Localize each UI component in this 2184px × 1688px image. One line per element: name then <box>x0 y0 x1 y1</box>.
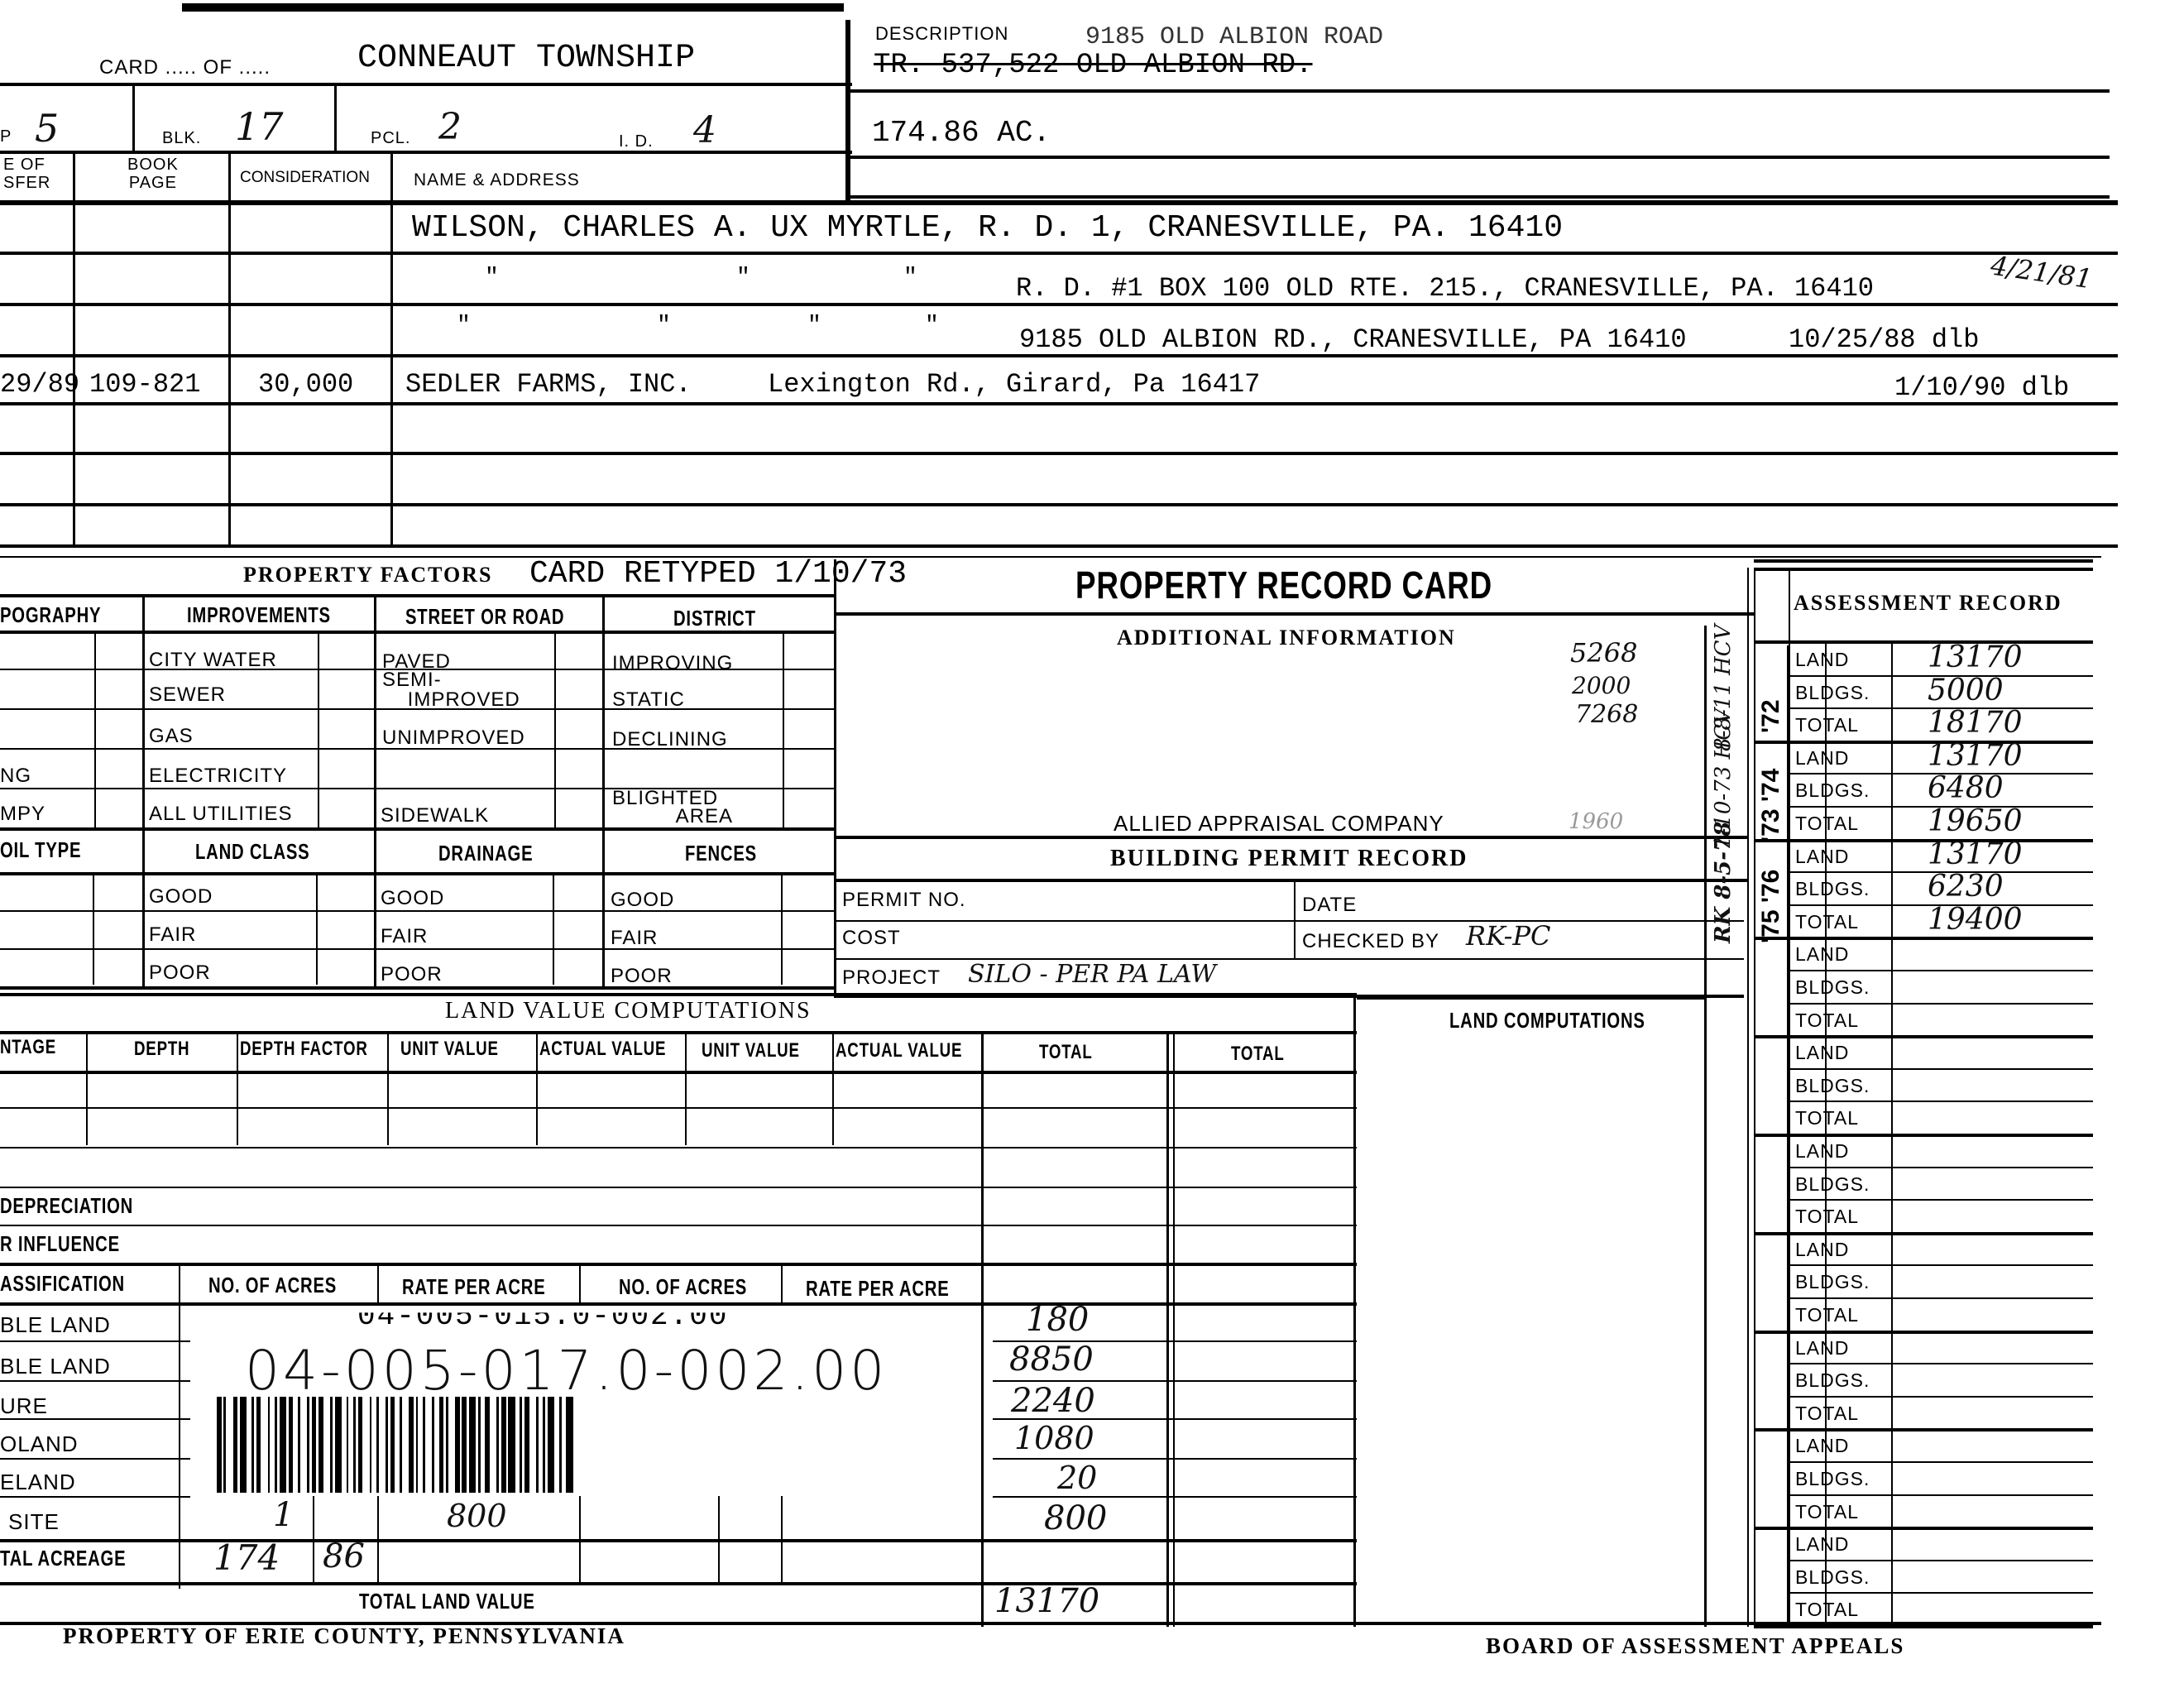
faint-note: 1960 <box>1569 809 1623 834</box>
assessment-bldgs-label: BLDGS. <box>1795 878 1870 900</box>
card-retyped-note: CARD RETYPED 1/10/73 <box>529 556 907 592</box>
assessment-land-label: LAND <box>1795 943 1849 966</box>
lv-col-unit-value-1: UNIT VALUE <box>400 1038 499 1061</box>
transfer-row-3-ditto: " <box>657 313 671 338</box>
class-row-6-total: 800 <box>1044 1499 1107 1537</box>
calc-line-2: 2000 <box>1572 672 1631 699</box>
lv-col-depth: DEPTH <box>134 1038 189 1061</box>
drainage-header: DRAINAGE <box>438 841 533 866</box>
transfer-row-4-consideration: 30,000 <box>258 369 353 400</box>
depreciation-label: DEPRECIATION <box>0 1193 133 1219</box>
assessment-total-label: TOTAL <box>1795 1009 1859 1032</box>
assessment-land-label: LAND <box>1795 846 1849 868</box>
class-col-acres-2: NO. OF ACRES <box>619 1274 747 1300</box>
improvements-header: IMPROVEMENTS <box>187 602 331 628</box>
assessment-land-label: LAND <box>1795 1533 1849 1556</box>
total-land-value: 13170 <box>994 1582 1099 1620</box>
fences-good: GOOD <box>611 889 674 912</box>
assessment-land-label: LAND <box>1795 1435 1849 1457</box>
transfer-row-3-note: 10/25/88 dlb <box>1789 324 1979 355</box>
land-class-header: LAND CLASS <box>195 839 309 865</box>
year-stamp-73-74: '73 '74 <box>1757 769 1785 842</box>
street-unimproved: UNIMPROVED <box>382 727 525 750</box>
class-row-4-label: OLAND <box>0 1431 79 1457</box>
assessment-land-label: LAND <box>1795 1140 1849 1163</box>
assessment-land-value: 13170 <box>1928 640 2023 674</box>
transfer-row-2-address: R. D. #1 BOX 100 OLD RTE. 215., CRANESVI… <box>1016 273 1874 304</box>
class-row-2-label: BLE LAND <box>0 1354 111 1379</box>
lv-col-total-1: TOTAL <box>1039 1041 1093 1064</box>
assessment-total-value: 18170 <box>1928 706 2023 740</box>
class-row-2-total: 8850 <box>1009 1340 1094 1379</box>
lv-col-unit-value-2: UNIT VALUE <box>702 1039 800 1062</box>
transfer-row-4-note: 1/10/90 dlb <box>1894 372 2069 403</box>
class-row-1-label: BLE LAND <box>0 1312 111 1338</box>
lv-col-actual-value-2: ACTUAL VALUE <box>836 1039 962 1062</box>
col-consideration-header: CONSIDERATION <box>240 169 370 187</box>
additional-info-label: ADDITIONAL INFORMATION <box>1117 626 1456 650</box>
transfer-row-3-ditto: " <box>457 313 471 338</box>
transfer-row-2-ditto: " <box>903 265 917 290</box>
total-acreage-label: TAL ACREAGE <box>0 1546 126 1571</box>
assessment-bldgs-label: BLDGS. <box>1795 1075 1870 1097</box>
drainage-good: GOOD <box>381 887 444 910</box>
improvements-sewer: SEWER <box>149 683 226 707</box>
assessment-total-label: TOTAL <box>1795 714 1859 736</box>
fences-header: FENCES <box>685 841 757 866</box>
transfer-row-4-book: 109-821 <box>89 369 200 400</box>
fences-fair: FAIR <box>611 927 658 950</box>
transfer-row-4-address: Lexington Rd., Girard, Pa 16417 <box>768 369 1260 400</box>
description-struck: TR. 537,522 OLD ALBION RD. <box>874 50 1313 81</box>
class-col-classification: ASSIFICATION <box>0 1271 125 1297</box>
class-col-acres-1: NO. OF ACRES <box>208 1273 337 1298</box>
project-value: SILO - PER PA LAW <box>968 960 1216 989</box>
topography-item-5: MPY <box>0 803 45 826</box>
assessment-total-label: TOTAL <box>1795 1501 1859 1523</box>
col-book-header: BOOKPAGE <box>127 156 179 192</box>
assessment-bldgs-label: BLDGS. <box>1795 1566 1870 1589</box>
permit-date-label: DATE <box>1302 894 1357 917</box>
assessment-total-label: TOTAL <box>1795 1599 1859 1621</box>
assessment-bldgs-label: BLDGS. <box>1795 779 1870 802</box>
class-row-1-total: 180 <box>1026 1301 1089 1339</box>
district-header: DISTRICT <box>673 606 756 631</box>
lv-col-total-2: TOTAL <box>1231 1043 1285 1066</box>
soil-type-header: OIL TYPE <box>0 837 81 863</box>
card-of-label: CARD ..... OF ..... <box>99 56 271 79</box>
assessment-bldgs-label: BLDGS. <box>1795 1271 1870 1293</box>
assessment-bldgs-label: BLDGS. <box>1795 1468 1870 1490</box>
class-col-rate-2: RATE PER ACRE <box>806 1276 950 1302</box>
improvements-all-utilities: ALL UTILITIES <box>149 803 293 826</box>
assessment-bldgs-label: BLDGS. <box>1795 682 1870 704</box>
assessment-total-value: 19400 <box>1928 903 2023 937</box>
footer-board: BOARD OF ASSESSMENT APPEALS <box>1486 1633 1904 1659</box>
blk-value: 17 <box>235 104 284 149</box>
street-road-header: STREET OR ROAD <box>405 604 564 630</box>
assessment-bldgs-value: 6230 <box>1928 870 2004 904</box>
property-factors-title: PROPERTY FACTORS <box>243 563 492 587</box>
land-class-poor: POOR <box>149 961 211 985</box>
assessment-total-label: TOTAL <box>1795 1206 1859 1228</box>
street-semi-improved: SEMI- IMPROVED <box>382 670 520 710</box>
lv-col-frontage: NTAGE <box>0 1036 56 1059</box>
improvements-electricity: ELECTRICITY <box>149 765 287 788</box>
year-stamp-72: '72 <box>1757 699 1785 733</box>
permit-title: BUILDING PERMIT RECORD <box>1110 846 1468 872</box>
assessment-bldgs-label: BLDGS. <box>1795 1173 1870 1196</box>
transfer-row-3-ditto: " <box>925 313 939 338</box>
footer-county: PROPERTY OF ERIE COUNTY, PENNSYLVANIA <box>63 1623 625 1649</box>
id-value: 4 <box>693 109 716 151</box>
class-row-5-total: 20 <box>1057 1460 1097 1496</box>
district-improving: IMPROVING <box>612 652 733 675</box>
transfer-row-4-name: SEDLER FARMS, INC. <box>405 369 692 400</box>
class-row-4-total: 1080 <box>1014 1420 1094 1456</box>
id-label: I. D. <box>619 132 654 151</box>
fences-poor: POOR <box>611 965 673 988</box>
assessment-bldgs-label: BLDGS. <box>1795 1369 1870 1392</box>
assessment-land-value: 13170 <box>1928 739 2023 773</box>
total-acreage-whole: 174 <box>213 1537 280 1578</box>
transfer-row-2-ditto: " <box>736 265 750 290</box>
checked-by-value: RK-PC <box>1466 920 1551 952</box>
total-acreage-fraction: 86 <box>323 1537 365 1575</box>
description-acreage: 174.86 AC. <box>872 116 1051 150</box>
transfer-row-4-date: 29/89 <box>0 369 79 400</box>
township-name: CONNEAUT TOWNSHIP <box>357 40 695 77</box>
assessment-total-label: TOTAL <box>1795 911 1859 933</box>
permit-no-label: PERMIT NO. <box>842 889 966 912</box>
assessment-land-value: 13170 <box>1928 837 2023 871</box>
assessment-title: ASSESSMENT RECORD <box>1794 591 2062 616</box>
calc-line-1: 5268 <box>1570 637 1637 669</box>
land-value-title: LAND VALUE COMPUTATIONS <box>445 998 812 1024</box>
map-label: P <box>0 127 12 146</box>
appraiser-name: ALLIED APPRAISAL COMPANY <box>1114 811 1444 837</box>
land-class-good: GOOD <box>149 885 213 909</box>
map-value: 5 <box>35 106 59 151</box>
pcl-label: PCL. <box>371 129 410 148</box>
drainage-fair: FAIR <box>381 925 428 948</box>
checked-by-label: CHECKED BY <box>1302 930 1439 953</box>
parcel-barcode <box>217 1397 847 1493</box>
transfer-row-3-address: 9185 OLD ALBION RD., CRANESVILLE, PA 164… <box>1019 324 1687 355</box>
assessment-total-value: 19650 <box>1928 804 2023 838</box>
assessment-land-label: LAND <box>1795 1042 1849 1064</box>
description-label: DESCRIPTION <box>875 23 1008 45</box>
drainage-poor: POOR <box>381 963 443 986</box>
land-computations-label: LAND COMPUTATIONS <box>1449 1008 1645 1033</box>
assessment-land-label: LAND <box>1795 649 1849 671</box>
pcl-value: 2 <box>438 106 462 148</box>
assessment-total-label: TOTAL <box>1795 1107 1859 1129</box>
topography-header: POGRAPHY <box>0 602 101 628</box>
assessment-land-label: LAND <box>1795 1239 1849 1261</box>
description-current: 9185 OLD ALBION ROAD <box>1085 23 1383 51</box>
assessment-bldgs-label: BLDGS. <box>1795 976 1870 999</box>
col-name-header: NAME & ADDRESS <box>414 170 580 190</box>
calc-line-3: 7268 <box>1575 700 1638 729</box>
record-card-title: PROPERTY RECORD CARD <box>1075 563 1492 607</box>
class-row-5-label: ELAND <box>0 1470 76 1495</box>
class-row-6-label: SITE <box>8 1509 60 1535</box>
assessment-total-label: TOTAL <box>1795 1304 1859 1326</box>
street-sidewalk: SIDEWALK <box>381 804 489 827</box>
assessment-total-label: TOTAL <box>1795 1403 1859 1425</box>
assessment-bldgs-value: 6480 <box>1928 771 2004 805</box>
parcel-number: 04-005-017.0-002.00 <box>245 1339 888 1403</box>
influence-label: R INFLUENCE <box>0 1231 120 1257</box>
class-row-3-total: 2240 <box>1011 1382 1095 1420</box>
blk-label: BLK. <box>162 129 201 148</box>
total-land-value-label: TOTAL LAND VALUE <box>359 1589 535 1614</box>
assessment-land-label: LAND <box>1795 747 1849 770</box>
class-row-3-label: URE <box>0 1393 48 1419</box>
transfer-row-2-ditto: " <box>485 265 499 290</box>
lv-col-actual-value-1: ACTUAL VALUE <box>539 1038 666 1061</box>
transfer-row-2-note: 4/21/81 <box>1989 250 2094 295</box>
district-blighted-area: BLIGHTED AREA <box>612 789 733 826</box>
class-row-6-acres: 1 <box>273 1496 294 1534</box>
assessment-bldgs-value: 5000 <box>1928 674 2004 707</box>
year-stamp-75-76: '75 '76 <box>1757 870 1785 943</box>
project-label: PROJECT <box>842 966 941 990</box>
permit-cost-label: COST <box>842 927 901 950</box>
class-row-6-rate: 800 <box>447 1498 507 1534</box>
land-class-fair: FAIR <box>149 923 196 947</box>
assessment-total-label: TOTAL <box>1795 813 1859 835</box>
col-date-header: E OFSFER <box>3 156 50 192</box>
revision-note-3: RK 8-5-78 <box>1711 822 1736 943</box>
improvements-gas: GAS <box>149 725 194 748</box>
lv-col-depth-factor: DEPTH FACTOR <box>240 1038 368 1061</box>
class-col-rate-1: RATE PER ACRE <box>402 1274 546 1300</box>
transfer-row-3-ditto: " <box>807 313 821 338</box>
topography-item-4: NG <box>0 765 31 788</box>
transfer-row-1-name: WILSON, CHARLES A. UX MYRTLE, R. D. 1, C… <box>412 210 1563 246</box>
assessment-land-label: LAND <box>1795 1337 1849 1360</box>
